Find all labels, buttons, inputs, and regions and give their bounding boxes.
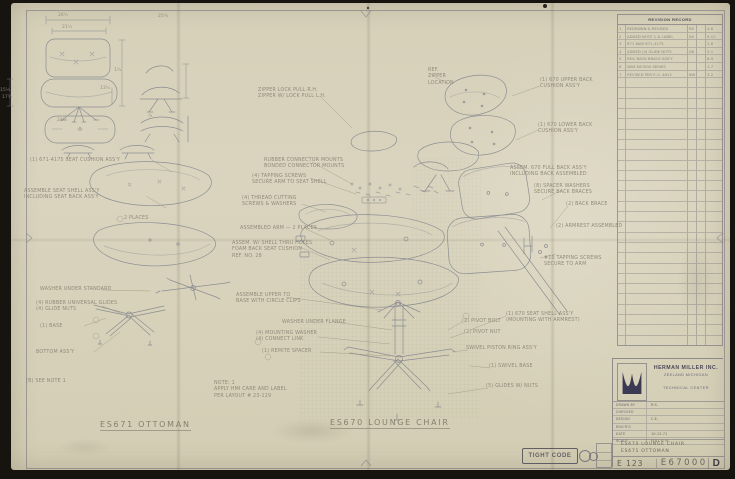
revision-cell xyxy=(618,202,626,212)
pencil-annotation: (1) SWIVEL BASE xyxy=(489,364,533,370)
revision-cell xyxy=(626,325,688,335)
drawing-title-line1: ES670 LOUNGE CHAIR xyxy=(613,442,724,449)
revision-cell xyxy=(697,222,706,232)
revision-cell xyxy=(697,305,706,315)
revision-cell xyxy=(706,305,722,315)
revision-cell xyxy=(688,315,697,325)
pencil-annotation: (1) 670 LOWER BACK CUSHION ASS'Y xyxy=(538,123,593,136)
revision-cell xyxy=(697,243,706,253)
pencil-annotation: WASHER UNDER FLANGE xyxy=(282,320,346,326)
revision-row: 6WAS E67000 SERIES1-7 xyxy=(618,63,722,71)
revision-cell xyxy=(706,171,722,181)
revision-cell xyxy=(697,55,706,63)
revision-cell xyxy=(697,119,706,129)
revision-cell: 671 WAS 671-4175 xyxy=(626,40,688,48)
revision-cell xyxy=(618,305,626,315)
revision-cell: 3 xyxy=(618,40,626,48)
revision-cell xyxy=(688,212,697,222)
revision-cell: 1-7 xyxy=(706,63,722,71)
dimension-label: 25¾ xyxy=(158,14,168,19)
company-location: ZEELAND MICHIGAN xyxy=(649,373,723,377)
revision-cell xyxy=(706,99,722,109)
revision-cell xyxy=(688,140,697,150)
pencil-annotation: (2) BACK BRACE xyxy=(566,202,608,208)
title-block-field-row: DATE10-12-71 xyxy=(613,431,724,438)
revision-cell xyxy=(706,233,722,243)
revision-row xyxy=(618,243,722,253)
revision-cell xyxy=(706,88,722,98)
revision-cell xyxy=(688,274,697,284)
revision-cell xyxy=(618,274,626,284)
revision-row: 7REVISED PER E.O. 4612BW3-2 xyxy=(618,71,722,79)
revision-row xyxy=(618,191,722,201)
revision-cell: 5 xyxy=(618,55,626,63)
revision-cell xyxy=(618,181,626,191)
revision-cell: REV. BACK BRACE ASS'Y xyxy=(626,55,688,63)
revision-cell xyxy=(697,212,706,222)
revision-cell xyxy=(626,264,688,274)
revision-cell xyxy=(618,222,626,232)
revision-cell xyxy=(626,171,688,181)
title-block-bottom-row: E 123 E67000 D xyxy=(613,456,724,469)
scanned-drawing-page: (1) 671-4175 SEAT CUSHION ASS'YASSEMBLE … xyxy=(0,0,735,479)
revision-cell: 3-2 xyxy=(706,71,722,79)
revision-cell xyxy=(626,140,688,150)
revision-cell xyxy=(626,274,688,284)
revision-row: 1REDRAWN & REVISEDRS4-6 xyxy=(618,25,722,33)
revision-cell xyxy=(688,325,697,335)
revision-cell xyxy=(706,243,722,253)
revision-row xyxy=(618,294,722,304)
graph-grid-patch xyxy=(412,158,482,238)
revision-cell xyxy=(697,202,706,212)
herman-miller-logo xyxy=(617,363,647,401)
revision-row xyxy=(618,150,722,160)
revision-cell: 9-12 xyxy=(706,33,722,41)
drawing-number: E67000 xyxy=(657,458,708,468)
revision-cell: WAS E67000 SERIES xyxy=(626,63,688,71)
revision-cell: DK xyxy=(688,48,697,56)
pencil-annotation: WASHER UNDER STANDARD xyxy=(40,287,112,293)
field-label: DATE xyxy=(613,431,647,437)
revision-cell xyxy=(618,78,626,88)
revision-cell xyxy=(706,202,722,212)
revision-row: 4ADDED (4) GLIDE NUTSDK5-1 xyxy=(618,48,722,56)
revision-cell xyxy=(626,305,688,315)
revision-table-header: REVISION RECORD xyxy=(618,15,722,25)
revision-cell xyxy=(688,294,697,304)
dimension-label: 17¾ xyxy=(2,95,12,100)
revision-cell xyxy=(697,40,706,48)
revision-cell xyxy=(618,315,626,325)
revision-table: REVISION RECORD 1REDRAWN & REVISEDRS4-62… xyxy=(617,14,723,346)
pencil-annotation: (2) PIVOT BOLT xyxy=(462,319,501,325)
revision-cell xyxy=(697,171,706,181)
revision-cell: JW xyxy=(688,33,697,41)
revision-cell: REVISED PER E.O. 4612 xyxy=(626,71,688,79)
revision-row xyxy=(618,119,722,129)
pencil-annotation: (4) RUBBER UNIVERSAL GLIDES (4) GLIDE NU… xyxy=(36,301,117,314)
pencil-annotation: (2) ARMREST ASSEMBLED xyxy=(556,224,622,230)
revision-cell xyxy=(706,212,722,222)
revision-cell xyxy=(706,284,722,294)
revision-cell xyxy=(618,99,626,109)
revision-row xyxy=(618,315,722,325)
revision-cell: ADDED (4) GLIDE NUTS xyxy=(626,48,688,56)
dimension-label: 21¼ xyxy=(57,118,67,123)
revision-cell xyxy=(626,315,688,325)
revision-cell xyxy=(626,233,688,243)
revision-cell: 2-6 xyxy=(706,40,722,48)
revision-cell xyxy=(618,119,626,129)
revision-cell xyxy=(618,253,626,263)
revision-row xyxy=(618,212,722,222)
revision-cell xyxy=(688,99,697,109)
revision-cell xyxy=(688,88,697,98)
revision-row xyxy=(618,305,722,315)
revision-cell xyxy=(697,191,706,201)
revision-row xyxy=(618,336,722,346)
field-value: C.E. xyxy=(647,416,724,422)
revision-cell xyxy=(688,305,697,315)
revision-cell xyxy=(688,243,697,253)
title-block: HERMAN MILLER INC. ZEELAND MICHIGAN TECH… xyxy=(612,358,723,467)
dimension-label: 1¾ xyxy=(114,68,121,73)
revision-row xyxy=(618,233,722,243)
revision-row: 3671 WAS 671-41752-6 xyxy=(618,40,722,48)
revision-cell xyxy=(706,119,722,129)
pencil-annotation: ASSEMBLED ARM — 2 PLACES xyxy=(240,226,317,232)
revision-cell xyxy=(618,140,626,150)
revision-cell xyxy=(706,336,722,346)
revision-cell xyxy=(706,140,722,150)
revision-cell xyxy=(626,181,688,191)
revision-row xyxy=(618,181,722,191)
revision-cell xyxy=(706,274,722,284)
pencil-annotation: #10 TAPPING SCREWS SECURE TO ARM xyxy=(544,256,602,269)
revision-cell xyxy=(697,88,706,98)
revision-row xyxy=(618,88,722,98)
pencil-annotation: (5) GLIDES W/ NUTS xyxy=(486,384,538,390)
revision-row xyxy=(618,99,722,109)
dimension-label: ¾ xyxy=(148,114,152,119)
pencil-annotation: (4) TAPPING SCREWS SECURE ARM TO SEAT SH… xyxy=(252,174,327,187)
revision-cell xyxy=(626,336,688,346)
revision-cell xyxy=(626,99,688,109)
revision-cell xyxy=(618,191,626,201)
pencil-annotation: ZIPPER LOCK PULL R.H. ZIPPER W/ LOCK PUL… xyxy=(258,88,326,101)
pencil-annotation: SWIVEL PISTON RING ASS'Y xyxy=(466,346,537,352)
revision-cell xyxy=(688,222,697,232)
dimension-label: 26½ xyxy=(58,13,68,18)
revision-cell xyxy=(688,264,697,274)
revision-cell xyxy=(697,294,706,304)
drawing-title-line2: ES671 OTTOMAN xyxy=(613,449,724,456)
revision-cell xyxy=(626,119,688,129)
revision-cell xyxy=(688,191,697,201)
revision-cell: 2 xyxy=(618,33,626,41)
revision-cell xyxy=(697,25,706,33)
revision-cell xyxy=(626,191,688,201)
revision-cell xyxy=(697,33,706,41)
revision-cell xyxy=(626,212,688,222)
revision-row xyxy=(618,109,722,119)
company-department: TECHNICAL CENTER xyxy=(649,386,723,390)
revision-cell xyxy=(626,150,688,160)
revision-cell: 6 xyxy=(618,63,626,71)
sheet-code: E 123 xyxy=(613,459,657,468)
revision-cell xyxy=(618,264,626,274)
revision-cell xyxy=(688,161,697,171)
revision-row xyxy=(618,253,722,263)
revision-cell xyxy=(697,264,706,274)
pencil-annotation: (1) 670 UPPER BACK CUSHION ASS'Y xyxy=(540,78,593,91)
revision-cell xyxy=(697,71,706,79)
revision-row xyxy=(618,171,722,181)
revision-cell xyxy=(697,325,706,335)
revision-cell xyxy=(706,130,722,140)
pencil-annotation: (1) BASE xyxy=(40,324,63,330)
revision-cell xyxy=(697,336,706,346)
revision-row xyxy=(618,78,722,88)
title-block-field-row: ENG'R'G xyxy=(613,424,724,431)
revision-cell xyxy=(697,233,706,243)
revision-row: 5REV. BACK BRACE ASS'Y8-9 xyxy=(618,55,722,63)
pencil-annotation: 2 PLACES xyxy=(124,216,148,222)
code-stamp: TIGHT CODE xyxy=(522,448,578,464)
revision-cell xyxy=(688,181,697,191)
revision-cell xyxy=(706,325,722,335)
revision-cell xyxy=(626,202,688,212)
revision-cell xyxy=(626,161,688,171)
pencil-annotation: NOTE: 1 APPLY HMI CARE AND LABEL PER LAY… xyxy=(214,381,287,400)
revision-cell xyxy=(706,181,722,191)
revision-row xyxy=(618,274,722,284)
revision-cell xyxy=(688,202,697,212)
stylized-m-icon xyxy=(620,367,644,397)
pencil-annotation: (4) THREAD CUTTING SCREWS & WASHERS xyxy=(242,196,297,209)
title-block-field-row: CHECKED xyxy=(613,409,724,416)
pencil-annotation: (8) SPACER WASHERS SECURE BACK BRACES xyxy=(534,184,592,197)
pencil-annotation: ASSEM. 670 FULL BACK ASS'Y INCLUDING BAC… xyxy=(510,166,587,179)
pencil-annotation: REF. ZIPPER LOCATION xyxy=(428,68,454,87)
revision-cell xyxy=(688,253,697,263)
revision-cell: 4-6 xyxy=(706,25,722,33)
revision-cell xyxy=(697,109,706,119)
revision-cell xyxy=(697,130,706,140)
pencil-annotation: (1) 671-4175 SEAT CUSHION ASS'Y xyxy=(30,158,120,164)
revision-cell xyxy=(688,40,697,48)
revision-cell xyxy=(706,294,722,304)
revision-row: 2ADDED NOTE 1 & LABELJW9-12 xyxy=(618,33,722,41)
revision-cell xyxy=(706,253,722,263)
field-label: DESIGN xyxy=(613,416,647,422)
revision-cell xyxy=(618,284,626,294)
dimension-label: 21½ xyxy=(62,25,72,30)
revision-cell xyxy=(688,109,697,119)
revision-row xyxy=(618,202,722,212)
revision-cell xyxy=(688,284,697,294)
company-name: HERMAN MILLER INC. xyxy=(649,365,723,371)
revision-cell xyxy=(626,253,688,263)
pencil-annotation: (4) MOUNTING WASHER (4) CONNECT LINK xyxy=(256,331,317,344)
revision-cell: 5-1 xyxy=(706,48,722,56)
pencil-annotation: ASSEMBLE UPPER TO BASE WITH CIRCLE CLIPS xyxy=(236,293,301,306)
revision-cell xyxy=(697,48,706,56)
pencil-annotation: (B) SEE NOTE 1 xyxy=(26,379,66,385)
revision-cell xyxy=(697,315,706,325)
revision-cell xyxy=(706,222,722,232)
revision-cell xyxy=(688,119,697,129)
field-label: DRAWN BY xyxy=(613,402,647,408)
revision-cell xyxy=(688,78,697,88)
lounge-chair-title-label: ES670 LOUNGE CHAIR xyxy=(330,418,450,429)
revision-cell xyxy=(706,78,722,88)
revision-cell xyxy=(706,315,722,325)
revision-cell xyxy=(688,150,697,160)
revision-row xyxy=(618,161,722,171)
field-value xyxy=(647,409,724,415)
ottoman-title-label: ES671 OTTOMAN xyxy=(100,420,191,431)
revision-cell xyxy=(618,325,626,335)
pencil-annotation: RUBBER CONNECTOR MOUNTS BONDED CONNECTOR… xyxy=(264,158,344,171)
revision-cell xyxy=(618,171,626,181)
revision-cell xyxy=(688,63,697,71)
revision-cell xyxy=(697,161,706,171)
revision-cell xyxy=(697,181,706,191)
revision-cell xyxy=(697,284,706,294)
pencil-annotation: (1) 670 SEAT SHELL ASS'Y (MOUNTING WITH … xyxy=(506,312,580,325)
revision-cell xyxy=(706,150,722,160)
revision-cell xyxy=(618,109,626,119)
revision-cell: BW xyxy=(688,71,697,79)
field-label: CHECKED xyxy=(613,409,647,415)
revision-cell xyxy=(697,274,706,284)
revision-cell xyxy=(618,212,626,222)
revision-cell xyxy=(618,88,626,98)
dimension-label: 15¼ xyxy=(0,88,10,93)
revision-cell xyxy=(618,233,626,243)
dimension-label: 13½ xyxy=(100,86,110,91)
pencil-annotation: ASSEM. W/ SHELL THRU HOLES FOAM BACK SEA… xyxy=(232,241,312,260)
title-block-field-row: DESIGNC.E. xyxy=(613,416,724,423)
pencil-annotation: ASSEMBLE SEAT SHELL ASS'Y INCLUDING SEAT… xyxy=(24,189,100,202)
revision-row xyxy=(618,140,722,150)
revision-cell xyxy=(688,130,697,140)
revision-cell xyxy=(697,63,706,71)
revision-cell: REDRAWN & REVISED xyxy=(626,25,688,33)
field-value: 10-12-71 xyxy=(647,431,724,437)
revision-cell xyxy=(618,243,626,253)
revision-table-rows: 1REDRAWN & REVISEDRS4-62ADDED NOTE 1 & L… xyxy=(618,25,722,346)
revision-cell xyxy=(697,78,706,88)
revision-cell: 8-9 xyxy=(706,55,722,63)
revision-cell xyxy=(626,130,688,140)
revision-cell xyxy=(626,243,688,253)
revision-cell xyxy=(618,336,626,346)
revision-cell xyxy=(688,336,697,346)
revision-cell xyxy=(697,150,706,160)
revision-cell xyxy=(626,109,688,119)
revision-cell: 7 xyxy=(618,71,626,79)
revision-row xyxy=(618,325,722,335)
revision-cell: 1 xyxy=(618,25,626,33)
pencil-annotation: BOTTOM ASS'Y xyxy=(36,350,74,356)
pencil-annotation: (1) REMITE SPACER xyxy=(262,349,312,355)
field-value xyxy=(647,424,724,430)
revision-cell xyxy=(626,222,688,232)
revision-cell xyxy=(706,191,722,201)
approval-mini-table xyxy=(596,443,612,468)
revision-cell xyxy=(706,264,722,274)
revision-cell xyxy=(618,130,626,140)
revision-cell xyxy=(688,233,697,243)
revision-cell xyxy=(706,109,722,119)
sheet-size-letter: D xyxy=(708,458,724,469)
field-label: ENG'R'G xyxy=(613,424,647,430)
revision-cell xyxy=(688,171,697,181)
revision-cell xyxy=(618,294,626,304)
revision-cell xyxy=(626,88,688,98)
pencil-annotation: (2) PIVOT NUT xyxy=(464,330,501,336)
revision-cell xyxy=(626,78,688,88)
revision-cell xyxy=(688,55,697,63)
revision-cell xyxy=(697,99,706,109)
revision-cell xyxy=(697,140,706,150)
field-value: R.S. xyxy=(647,402,724,408)
revision-row xyxy=(618,284,722,294)
graph-grid-patch xyxy=(300,240,480,420)
revision-cell xyxy=(697,253,706,263)
revision-cell: ADDED NOTE 1 & LABEL xyxy=(626,33,688,41)
title-block-field-row: DRAWN BYR.S. xyxy=(613,402,724,409)
revision-cell xyxy=(626,284,688,294)
revision-cell: 4 xyxy=(618,48,626,56)
revision-row xyxy=(618,222,722,232)
revision-cell xyxy=(618,161,626,171)
revision-cell xyxy=(618,150,626,160)
revision-row xyxy=(618,130,722,140)
revision-cell xyxy=(626,294,688,304)
revision-cell xyxy=(706,161,722,171)
revision-row xyxy=(618,264,722,274)
revision-cell: RS xyxy=(688,25,697,33)
